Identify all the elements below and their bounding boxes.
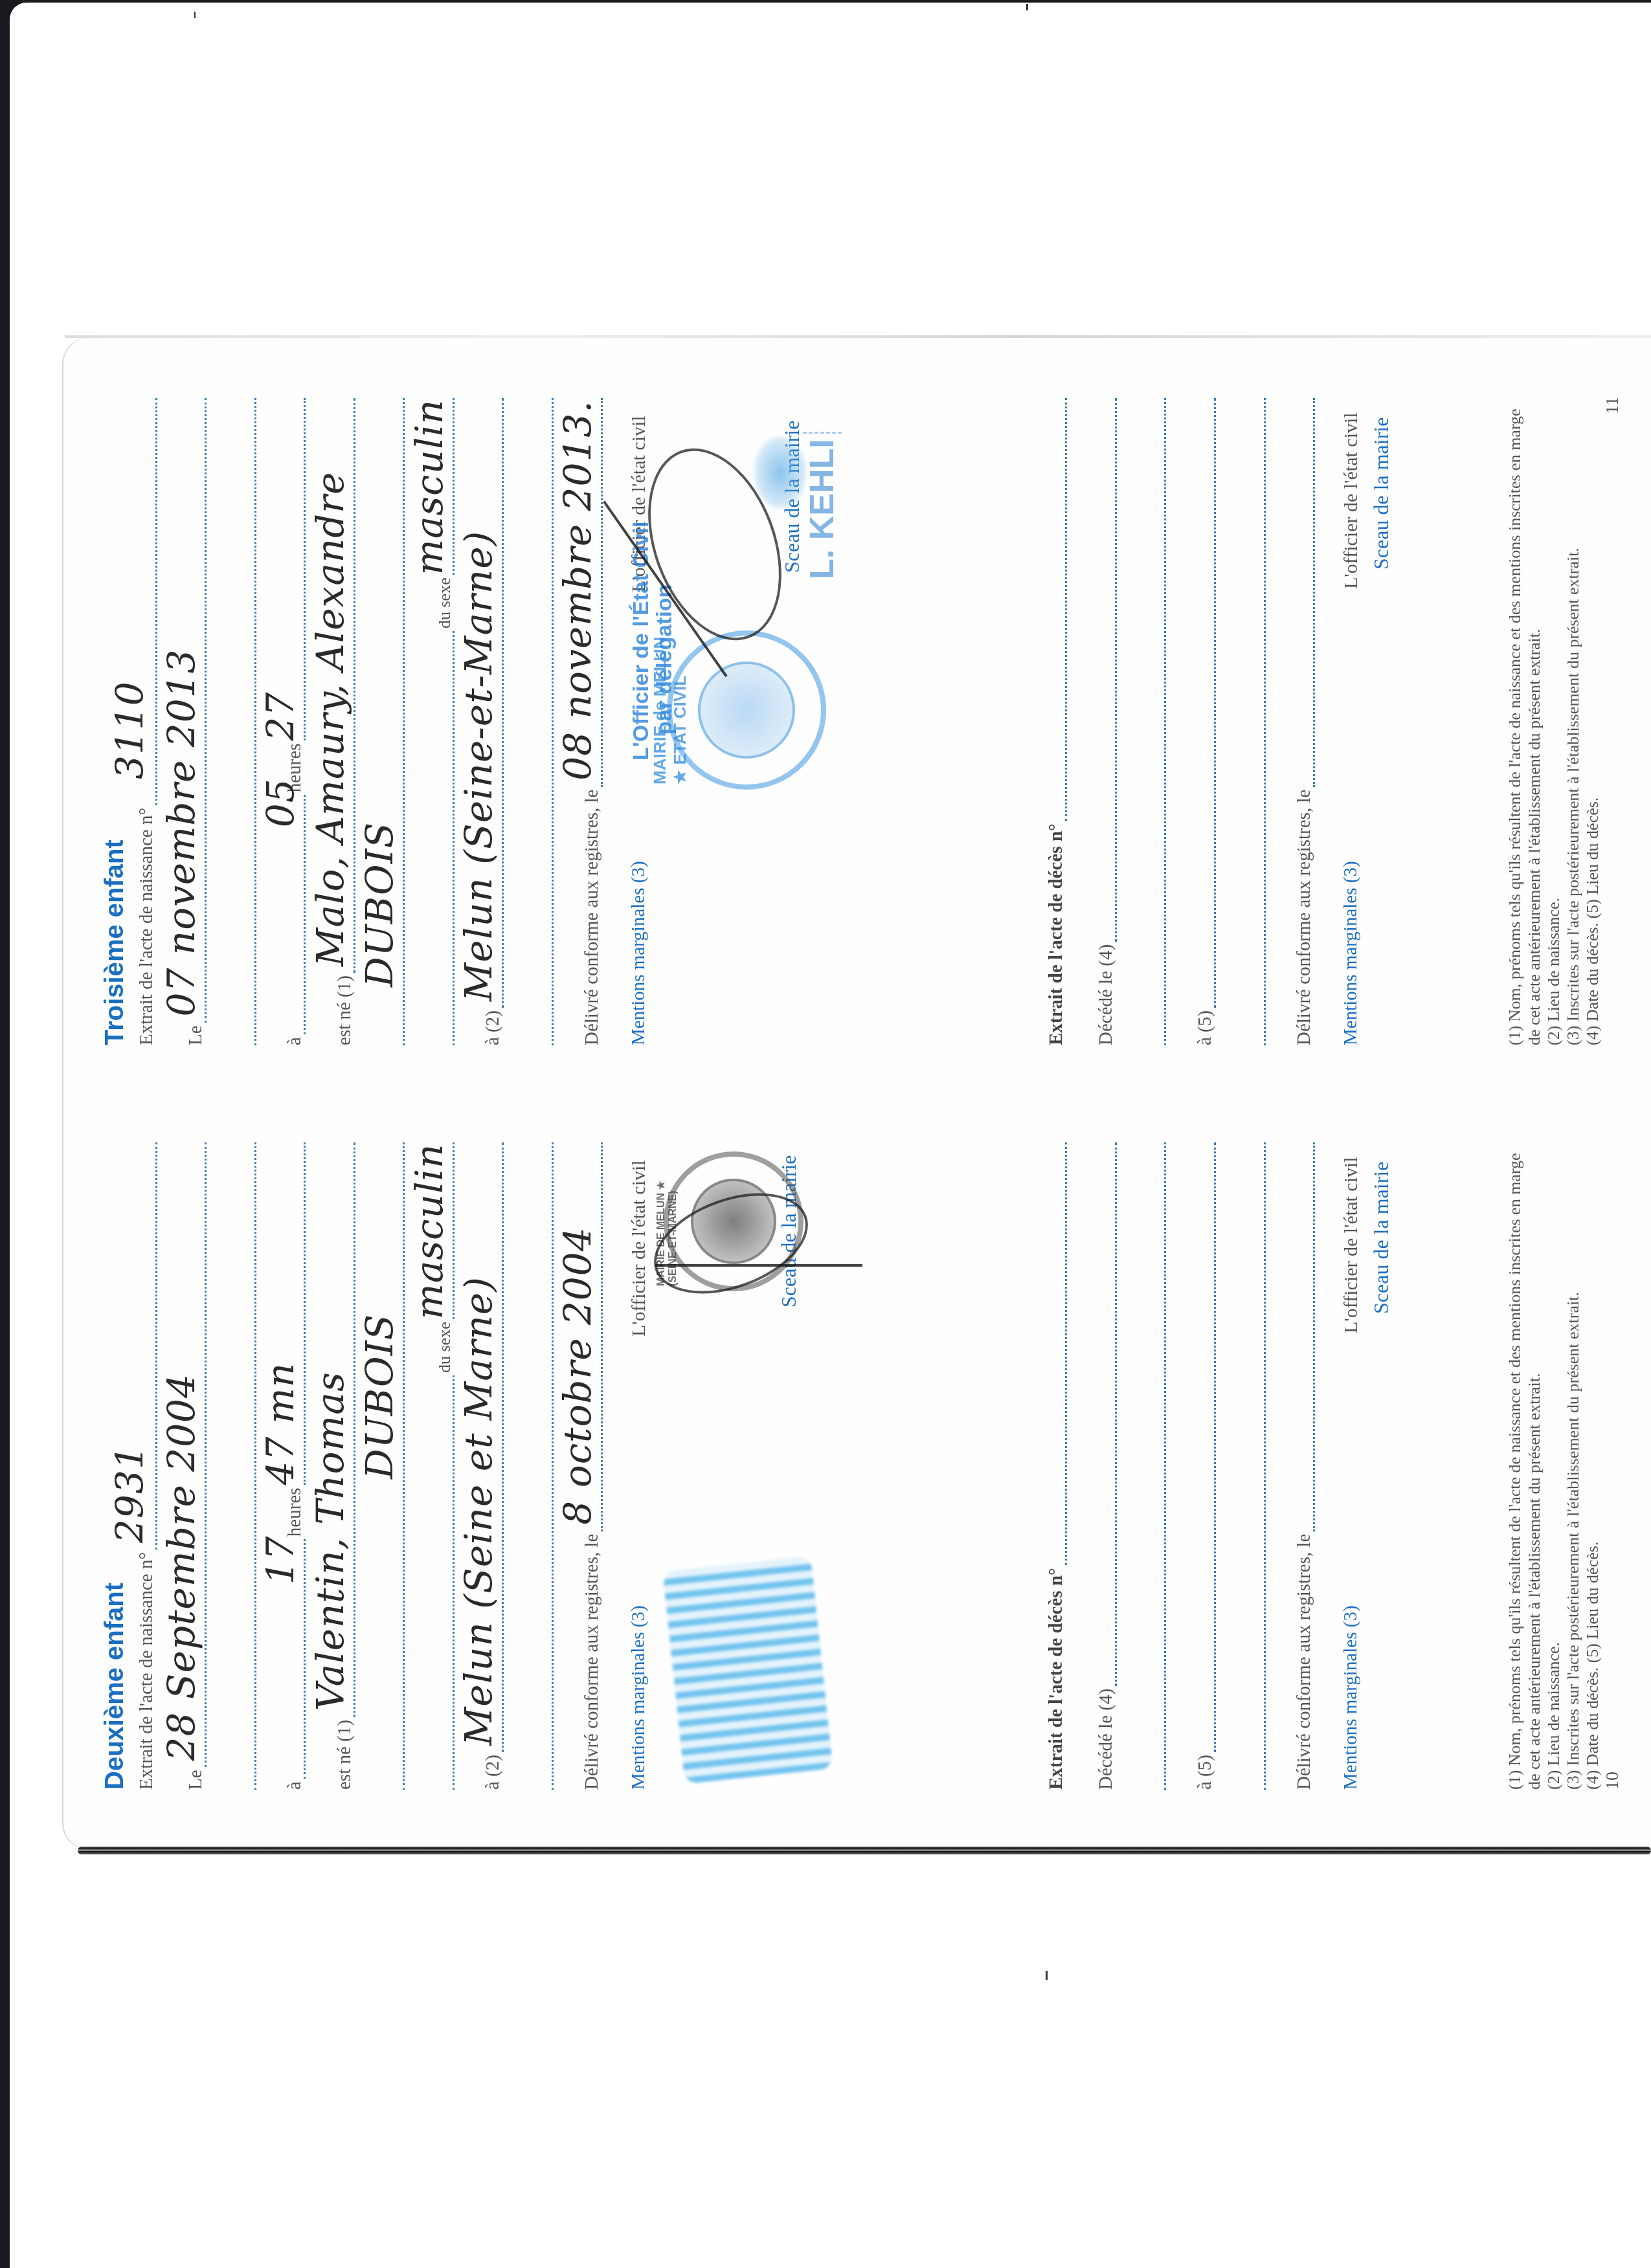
death-date-row: Décédé le (4) [1095, 398, 1117, 1045]
footnote-1: (1) Nom, prénoms tels qu'ils résultent d… [1505, 1142, 1544, 1790]
birth-date-row: Le 28 Septembre 2004 [185, 1142, 207, 1790]
blank-row [532, 398, 554, 1045]
scan-speck [1026, 4, 1028, 10]
blank-line [1244, 398, 1266, 1045]
birth-hours-field[interactable]: 05 [284, 795, 306, 1034]
page-number: 11 [1602, 397, 1623, 414]
delivered-field[interactable]: 8 octobre 2004 [581, 1142, 603, 1531]
booklet-bottom-edge [78, 1847, 1651, 1854]
death-place-row: à (5) [1195, 398, 1216, 1045]
delivered-row: Délivré conforme aux registres, le 8 oct… [581, 1142, 603, 1790]
birth-extract-field[interactable]: 2931 [136, 1142, 157, 1550]
birth-time-row: à 05 heures 27 [284, 398, 306, 1045]
surname-row: DUBOIS [383, 1142, 405, 1790]
death-date-field[interactable] [1095, 1142, 1117, 1686]
death-delivered-row: Délivré conforme aux registres, le [1294, 1142, 1315, 1790]
surname-row: DUBOIS [383, 398, 405, 1045]
blue-marker-scribble [662, 1556, 833, 1784]
blank-row [1145, 398, 1166, 1045]
footnote-2: (2) Lieu de naissance. [1544, 1142, 1564, 1790]
birth-extract-label: Extrait de l'acte de naissance n° [136, 1550, 157, 1790]
delivered-value: 08 novembre 2013. [556, 400, 600, 780]
born-label: est né (1) [334, 973, 355, 1045]
surname-value: DUBOIS [357, 1314, 401, 1479]
birth-date-field[interactable]: 28 Septembre 2004 [185, 1142, 207, 1767]
section-title: Troisième enfant [100, 839, 129, 1045]
birthplace-label: à (2) [482, 1008, 504, 1045]
death-seal-label: Sceau de la mairie [1369, 417, 1393, 570]
delivered-label: Délivré conforme aux registres, le [581, 787, 603, 1045]
page-number: 10 [1602, 1772, 1623, 1790]
death-extract-label: Extrait de l'acte de décès n° [1046, 1565, 1067, 1790]
mentions-label: Mentions marginales (3) [628, 858, 649, 1045]
footnotes: (1) Nom, prénoms tels qu'ils résultent d… [1505, 1142, 1602, 1790]
birth-extract-number: 2931 [107, 1445, 152, 1543]
sex-value: masculin [407, 1144, 451, 1320]
footnotes: (1) Nom, prénoms tels qu'ils résultent d… [1505, 398, 1602, 1045]
blank-line [532, 398, 554, 1045]
officer-label: L'officier de l'état civil [628, 1160, 650, 1337]
death-extract-row: Extrait de l'acte de décès n° [1046, 1142, 1067, 1790]
mairie-seal-stamp: MAIRIE de MELUN ★ ETAT CIVIL [667, 630, 826, 790]
page-deuxieme-enfant: Deuxième enfant Extrait de l'acte de nai… [84, 1142, 1638, 1790]
death-date-row: Décédé le (4) [1095, 1142, 1117, 1790]
death-delivered-field[interactable] [1294, 398, 1315, 787]
born-names-value: Valentin, Thomas [308, 1372, 352, 1711]
mentions-label: Mentions marginales (3) [628, 1603, 649, 1790]
blank-row [532, 1142, 554, 1790]
surname-value: DUBOIS [357, 822, 401, 987]
scan-speck [194, 12, 196, 18]
sex-row: du sexe masculin [433, 398, 455, 1045]
officer-name-stamp: L. KEHLI [803, 432, 842, 579]
birthplace-row: à (2) Melun (Seine-et-Marne) [482, 398, 504, 1045]
sex-leader-line [433, 631, 455, 1045]
born-names-value: Malo, Amaury, Alexandre [308, 472, 352, 966]
birth-time-place-label: à [284, 1034, 306, 1045]
birthplace-label: à (2) [482, 1752, 504, 1790]
born-names-row: est né (1) Malo, Amaury, Alexandre [334, 398, 355, 1045]
hours-label: heures [284, 1485, 306, 1539]
birth-date-value: 07 novembre 2013 [159, 649, 203, 1017]
blank-line [1145, 1142, 1166, 1790]
death-place-label: à (5) [1195, 1752, 1216, 1790]
footnote-4: (4) Date du décès. (5) Lieu du décès. [1583, 1142, 1602, 1790]
section-title: Deuxième enfant [100, 1583, 129, 1790]
birth-hours-value: 17 [258, 1535, 302, 1584]
signature-stroke [655, 1264, 862, 1267]
sex-field[interactable]: masculin [433, 398, 455, 575]
death-extract-field[interactable] [1046, 398, 1067, 821]
death-delivered-label: Délivré conforme aux registres, le [1294, 1531, 1315, 1790]
birth-extract-row: Extrait de l'acte de naissance n° 2931 [136, 1142, 157, 1790]
ink-blot [754, 437, 806, 508]
death-date-label: Décédé le (4) [1095, 942, 1117, 1045]
birth-time-place-label: à [284, 1779, 306, 1790]
death-date-label: Décédé le (4) [1095, 1686, 1117, 1790]
blank-line [1145, 398, 1166, 1045]
scan-speck [1046, 1971, 1048, 1980]
death-officer-label: L'officier de l'état civil [1340, 412, 1362, 589]
birth-date-field[interactable]: 07 novembre 2013 [185, 398, 207, 1023]
birth-hours-field[interactable]: 17 [284, 1539, 306, 1779]
birth-minutes-field[interactable]: 47 mn [284, 1142, 306, 1485]
death-extract-label: Extrait de l'acte de décès n° [1046, 821, 1067, 1045]
blank-row [235, 1142, 256, 1790]
death-extract-field[interactable] [1046, 1142, 1067, 1565]
birthplace-value: Melun (Seine et Marne) [456, 1276, 500, 1746]
birth-minutes-value: 27 [258, 692, 302, 741]
footnote-1: (1) Nom, prénoms tels qu'ils résultent d… [1505, 398, 1544, 1045]
blank-row [235, 398, 256, 1045]
born-names-row: est né (1) Valentin, Thomas [334, 1142, 355, 1790]
death-delivered-row: Délivré conforme aux registres, le [1294, 398, 1315, 1045]
death-extract-row: Extrait de l'acte de décès n° [1046, 398, 1067, 1045]
sex-row: du sexe masculin [433, 1142, 455, 1790]
death-date-field[interactable] [1095, 398, 1117, 942]
delivered-label: Délivré conforme aux registres, le [581, 1531, 603, 1790]
sex-value: masculin [407, 399, 451, 575]
blank-line [1244, 1142, 1266, 1790]
footnote-3: (3) Inscrites sur l'acte postérieurement… [1564, 1142, 1583, 1790]
death-place-label: à (5) [1195, 1008, 1216, 1045]
birth-date-label: Le [185, 1023, 207, 1045]
death-seal-label: Sceau de la mairie [1369, 1162, 1393, 1314]
sex-leader-line [433, 1375, 455, 1790]
blank-row [1145, 1142, 1166, 1790]
footnote-4: (4) Date du décès. (5) Lieu du décès. [1583, 398, 1602, 1045]
death-mentions-label: Mentions marginales (3) [1340, 858, 1362, 1045]
birth-date-row: Le 07 novembre 2013 [185, 398, 207, 1045]
birth-time-row: à 17 heures 47 mn [284, 1142, 306, 1790]
blank-row [1244, 398, 1266, 1045]
birthplace-row: à (2) Melun (Seine et Marne) [482, 1142, 504, 1790]
death-officer-label: L'officier de l'état civil [1340, 1157, 1362, 1333]
blank-line [235, 1142, 256, 1790]
born-label: est né (1) [334, 1717, 355, 1790]
birth-extract-number: 3110 [107, 681, 152, 779]
surname-field[interactable]: DUBOIS [383, 1142, 405, 1790]
death-place-field[interactable] [1195, 1142, 1216, 1752]
birthplace-value: Melun (Seine-et-Marne) [456, 531, 500, 1001]
birth-extract-label: Extrait de l'acte de naissance n° [136, 805, 157, 1045]
birth-date-label: Le [185, 1767, 207, 1790]
birth-minutes-field[interactable]: 27 [284, 398, 306, 740]
footnote-3: (3) Inscrites sur l'acte postérieurement… [1564, 398, 1583, 1045]
sex-field[interactable]: masculin [433, 1142, 455, 1319]
delivered-value: 8 octobre 2004 [556, 1227, 600, 1524]
death-delivered-label: Délivré conforme aux registres, le [1294, 787, 1315, 1045]
page-troisieme-enfant: Troisième enfant Extrait de l'acte de na… [84, 398, 1638, 1045]
surname-field[interactable]: DUBOIS [383, 398, 405, 1045]
death-delivered-field[interactable] [1294, 1142, 1315, 1531]
born-names-field[interactable]: Malo, Amaury, Alexandre [334, 398, 355, 973]
blank-line [532, 1142, 554, 1790]
death-place-row: à (5) [1195, 1142, 1216, 1790]
sex-label: du sexe [435, 575, 455, 631]
sex-label: du sexe [435, 1319, 455, 1375]
delivered-row: Délivré conforme aux registres, le 08 no… [581, 398, 603, 1045]
birth-extract-row: Extrait de l'acte de naissance n° 3110 [136, 398, 157, 1045]
stamp-ring-text: MAIRIE de MELUN ★ ETAT CIVIL [650, 636, 690, 784]
birth-minutes-value: 47 mn [258, 1362, 302, 1485]
booklet-spine [63, 1094, 1650, 1095]
birth-hours-value: 05 [258, 778, 302, 827]
seal-emblem-icon [698, 661, 796, 759]
delivered-field[interactable]: 08 novembre 2013. [581, 398, 603, 787]
footnote-2: (2) Lieu de naissance. [1544, 398, 1564, 1045]
birth-extract-field[interactable]: 3110 [136, 398, 157, 805]
death-place-field[interactable] [1195, 398, 1216, 1008]
blank-row [1244, 1142, 1266, 1790]
birthplace-field[interactable]: Melun (Seine et Marne) [482, 1142, 504, 1752]
birth-date-value: 28 Septembre 2004 [159, 1373, 203, 1761]
born-names-field[interactable]: Valentin, Thomas [334, 1142, 355, 1717]
death-mentions-label: Mentions marginales (3) [1340, 1603, 1362, 1790]
birthplace-field[interactable]: Melun (Seine-et-Marne) [482, 398, 504, 1008]
blank-line [235, 398, 256, 1045]
